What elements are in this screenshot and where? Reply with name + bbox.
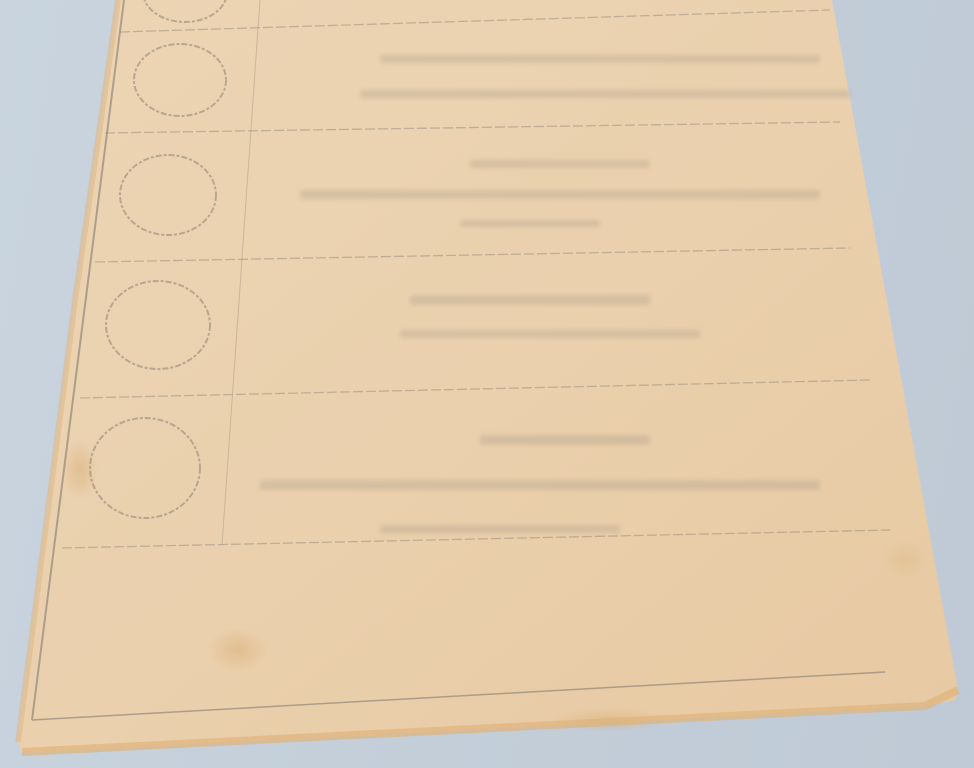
illegible-text [460,220,600,227]
illegible-text [260,480,820,490]
illegible-text [470,160,650,168]
illegible-text [380,525,620,533]
illegible-text [300,190,820,199]
illegible-text [410,295,650,305]
illegible-text [360,90,850,98]
ballot-paper [0,0,974,768]
illegible-text [380,55,820,63]
illegible-text [480,435,650,445]
paper-sheet [18,0,958,752]
illegible-text [400,330,700,338]
